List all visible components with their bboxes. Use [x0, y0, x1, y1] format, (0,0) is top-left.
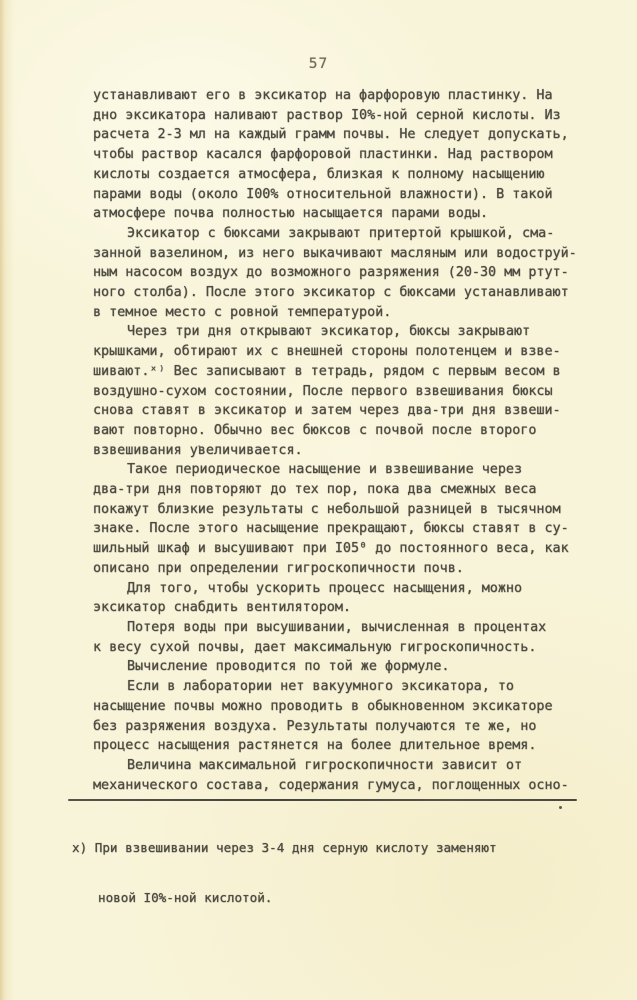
text-line: атмосфере почва полностью насыщается пар…	[93, 204, 577, 224]
text-line: механического состава, содержания гумуса…	[93, 776, 577, 796]
text-line: воздушно-сухом состоянии, После первого …	[93, 382, 577, 402]
text-line: парами воды (около I00% относительной вл…	[93, 185, 577, 205]
footnote: х) При взвешивании через 3-4 дня серную …	[72, 806, 497, 940]
text-line: Такое периодическое насыщение и взвешива…	[93, 460, 577, 480]
text-line: к весу сухой почвы, дает максимальную ги…	[93, 638, 577, 658]
text-line: снова ставят в эксикатор и затем через д…	[93, 401, 577, 421]
footnote-divider	[68, 799, 577, 801]
text-line: ного столба). После этого эксикатор с бю…	[93, 283, 577, 303]
page-number: 57	[0, 56, 637, 72]
text-line: два-три дня повторяют до тех пор, пока д…	[93, 480, 577, 500]
text-line: расчета 2-3 мл на каждый грамм почвы. Не…	[93, 125, 577, 145]
text-line: процесс насыщения растянется на более дл…	[93, 736, 577, 756]
text-line: крышками, обтирают их с внешней стороны …	[93, 342, 577, 362]
text-line: занной вазелином, из него выкачивают мас…	[93, 244, 577, 264]
text-line: шивают.ˣ⁾ Вес записывают в тетрадь, рядо…	[93, 362, 577, 382]
text-line: кислоты создается атмосфера, близкая к п…	[93, 165, 577, 185]
paragraph: устанавливают его в эксикатор на фарфоро…	[93, 86, 577, 224]
text-line: знаке. После этого насыщение прекращают,…	[93, 519, 577, 539]
text-line: чтобы раствор касался фарфоровой пластин…	[93, 145, 577, 165]
text-line: Потеря воды при высушивании, вычисленная…	[93, 618, 577, 638]
footnote-line: новой I0%-ной кислотой.	[72, 890, 497, 907]
paragraph: Вычисление проводится по той же формуле.	[93, 657, 577, 677]
text-line: описано при определении гигроскопичности…	[93, 559, 577, 579]
paragraph: Потеря воды при высушивании, вычисленная…	[93, 618, 577, 657]
paragraph: Для того, чтобы ускорить процесс насыщен…	[93, 579, 577, 618]
text-line: в темное место с ровной температурой.	[93, 303, 577, 323]
text-line: без разряжения воздуха. Результаты получ…	[93, 717, 577, 737]
paragraph: Через три дня открывают эксикатор, бюксы…	[93, 322, 577, 460]
body-text: устанавливают его в эксикатор на фарфоро…	[93, 86, 577, 795]
text-line: вают повторно. Обычно вес бюксов с почво…	[93, 421, 577, 441]
text-line: насыщение почвы можно проводить в обыкно…	[93, 697, 577, 717]
text-line: устанавливают его в эксикатор на фарфоро…	[93, 86, 577, 106]
text-line: взвешивания увеличивается.	[93, 441, 577, 461]
paragraph: Если в лаборатории нет вакуумного эксика…	[93, 677, 577, 756]
ink-speck	[198, 445, 200, 447]
paragraph: Величина максимальной гигроскопичности з…	[93, 756, 577, 795]
scanned-page: 57 устанавливают его в эксикатор на фарф…	[0, 0, 637, 1000]
ink-speck	[559, 806, 562, 809]
text-line: ным насосом воздух до возможного разряже…	[93, 263, 577, 283]
paragraph: Такое периодическое насыщение и взвешива…	[93, 460, 577, 578]
text-line: Для того, чтобы ускорить процесс насыщен…	[93, 579, 577, 599]
text-line: Если в лаборатории нет вакуумного эксика…	[93, 677, 577, 697]
paragraph: Эксикатор с бюксами закрывают притертой …	[93, 224, 577, 323]
text-line: покажут близкие результаты с небольшой р…	[93, 500, 577, 520]
text-line: дно эксикатора наливают раствор I0%-ной …	[93, 106, 577, 126]
text-line: Эксикатор с бюксами закрывают притертой …	[93, 224, 577, 244]
text-line: Величина максимальной гигроскопичности з…	[93, 756, 577, 776]
text-line: эксикатор снабдить вентилятором.	[93, 598, 577, 618]
text-line: Вычисление проводится по той же формуле.	[93, 657, 577, 677]
text-line: шильный шкаф и высушивают при I05⁰ до по…	[93, 539, 577, 559]
text-line: Через три дня открывают эксикатор, бюксы…	[93, 322, 577, 342]
footnote-line: х) При взвешивании через 3-4 дня серную …	[72, 840, 497, 857]
